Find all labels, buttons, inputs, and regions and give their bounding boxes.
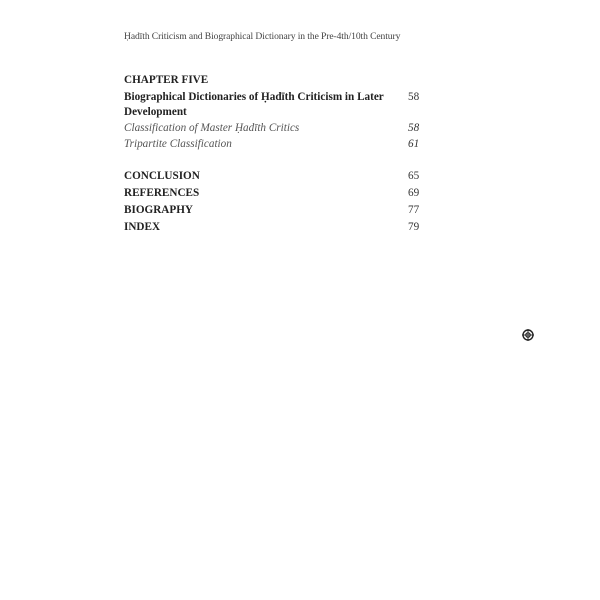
- toc-entry-label: INDEX: [124, 220, 406, 235]
- toc-entry-label: Classification of Master Ḥadīth Critics: [124, 121, 406, 136]
- toc-entry-page: 77: [408, 203, 428, 218]
- toc-entry-page: 65: [408, 169, 428, 184]
- table-of-contents: CHAPTER FIVE Biographical Dictionaries o…: [124, 73, 424, 237]
- toc-entry-chapter-title[interactable]: Biographical Dictionaries of Ḥadīth Crit…: [124, 90, 424, 120]
- toc-entry-page: 61: [408, 137, 428, 152]
- toc-entry-conclusion[interactable]: CONCLUSION 65: [124, 169, 424, 184]
- crosshair-target-icon: [522, 329, 534, 341]
- toc-entry-label: REFERENCES: [124, 186, 406, 201]
- toc-entry-biography[interactable]: BIOGRAPHY 77: [124, 203, 424, 218]
- toc-entry-label: CONCLUSION: [124, 169, 406, 184]
- spacer: [124, 152, 424, 169]
- toc-entry-page: 79: [408, 220, 428, 235]
- running-header: Ḥadīth Criticism and Biographical Dictio…: [124, 31, 400, 42]
- toc-entry-section[interactable]: Tripartite Classification 61: [124, 137, 424, 152]
- toc-entry-section[interactable]: Classification of Master Ḥadīth Critics …: [124, 121, 424, 136]
- toc-entry-page: 58: [408, 90, 428, 105]
- toc-entry-page: 69: [408, 186, 428, 201]
- toc-entry-label: Biographical Dictionaries of Ḥadīth Crit…: [124, 90, 406, 120]
- toc-entry-label: BIOGRAPHY: [124, 203, 406, 218]
- toc-entry-page: 58: [408, 121, 428, 136]
- toc-entry-label: Tripartite Classification: [124, 137, 406, 152]
- toc-entry-references[interactable]: REFERENCES 69: [124, 186, 424, 201]
- chapter-heading: CHAPTER FIVE: [124, 73, 424, 88]
- toc-entry-index[interactable]: INDEX 79: [124, 220, 424, 235]
- document-page: Ḥadīth Criticism and Biographical Dictio…: [0, 0, 600, 600]
